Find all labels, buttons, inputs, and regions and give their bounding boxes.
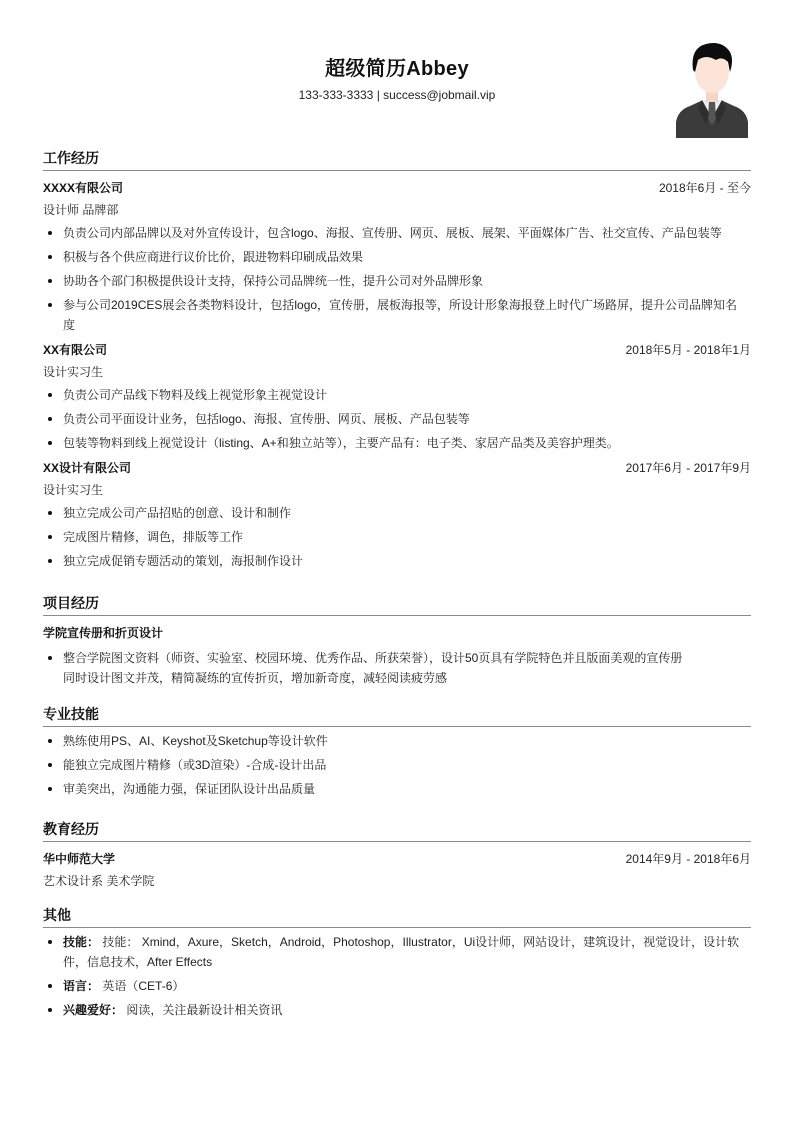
date-range: 2018年5月 - 2018年1月 [626, 339, 751, 361]
item-value: 英语（CET-6） [102, 979, 184, 993]
role: 设计实习生 [43, 361, 751, 383]
project-entry: 学院宣传册和折页设计 整合学院图文资料（师资、实验室、校园环境、优秀作品、所获荣… [43, 622, 751, 688]
work-entry: XX有限公司 2018年5月 - 2018年1月 设计实习生 负责公司产品线下物… [43, 339, 751, 453]
company-name: XX设计有限公司 [43, 461, 131, 475]
item-label: 兴趣爱好： [63, 1003, 123, 1017]
bullet-item: 能独立完成图片精修（或3D渲染）-合成-设计出品 [43, 755, 751, 775]
date-range: 2018年6月 - 至今 [659, 177, 751, 199]
resume-header: 超级简历Abbey 133-333-3333 | success@jobmail… [43, 0, 751, 145]
bullet-item: 完成图片精修，调色，排版等工作 [43, 527, 751, 547]
bullet-item: 整合学院图文资料（师资、实验室、校园环境、优秀作品、所获荣誉），设计50页具有学… [43, 648, 751, 688]
bullet-item: 参与公司2019CES展会各类物料设计，包括logo，宣传册，展板海报等，所设计… [43, 295, 751, 335]
item-value: 技能： Xmind，Axure，Sketch，Android，Photoshop… [63, 935, 739, 969]
education-entry: 华中师范大学 2014年9月 - 2018年6月 艺术设计系 美术学院 [43, 848, 751, 892]
bullet-item: 独立完成公司产品招贴的创意、设计和制作 [43, 503, 751, 523]
role: 设计师 品牌部 [43, 199, 751, 221]
work-entry: XXXX有限公司 2018年6月 - 至今 设计师 品牌部 负责公司内部品牌以及… [43, 177, 751, 335]
section-title: 其他 [43, 905, 751, 928]
date-range: 2014年9月 - 2018年6月 [626, 848, 751, 870]
other-item-hobbies: 兴趣爱好： 阅读，关注最新设计相关资讯 [43, 1000, 751, 1020]
project-name: 学院宣传册和折页设计 [43, 626, 163, 640]
company-name: XXXX有限公司 [43, 181, 123, 195]
section-education: 教育经历 华中师范大学 2014年9月 - 2018年6月 艺术设计系 美术学院 [43, 819, 751, 892]
bullet-item: 负责公司产品线下物料及线上视觉形象主视觉设计 [43, 385, 751, 405]
bullet-item: 负责公司内部品牌以及对外宣传设计，包含logo、海报、宣传册、网页、展板、展架、… [43, 223, 751, 243]
section-title: 工作经历 [43, 148, 751, 171]
item-label: 技能： [63, 935, 99, 949]
role: 设计实习生 [43, 479, 751, 501]
section-title: 专业技能 [43, 704, 751, 727]
other-item-language: 语言： 英语（CET-6） [43, 976, 751, 996]
other-item-skills: 技能： 技能： Xmind，Axure，Sketch，Android，Photo… [43, 932, 751, 972]
section-projects: 项目经历 学院宣传册和折页设计 整合学院图文资料（师资、实验室、校园环境、优秀作… [43, 593, 751, 692]
bullet-item: 独立完成促销专题活动的策划，海报制作设计 [43, 551, 751, 571]
bullet-item: 积极与各个供应商进行议价比价，跟进物料印刷成品效果 [43, 247, 751, 267]
section-title: 项目经历 [43, 593, 751, 616]
school-name: 华中师范大学 [43, 852, 115, 866]
item-label: 语言： [63, 979, 99, 993]
section-title: 教育经历 [43, 819, 751, 842]
bullet-item: 审美突出，沟通能力强，保证团队设计出品质量 [43, 779, 751, 799]
candidate-name: 超级简历Abbey [43, 52, 751, 81]
section-other: 其他 技能： 技能： Xmind，Axure，Sketch，Android，Ph… [43, 905, 751, 1024]
male-avatar-suit-icon [676, 38, 748, 138]
bullet-item: 包装等物料到线上视觉设计（listing、A+和独立站等），主要产品有：电子类、… [43, 433, 751, 453]
section-work-experience: 工作经历 XXXX有限公司 2018年6月 - 至今 设计师 品牌部 负责公司内… [43, 148, 751, 575]
resume-page: 超级简历Abbey 133-333-3333 | success@jobmail… [43, 0, 751, 145]
major: 艺术设计系 美术学院 [43, 870, 751, 892]
contact-info: 133-333-3333 | success@jobmail.vip [43, 88, 751, 102]
section-skills: 专业技能 熟练使用PS、AI、Keyshot及Sketchup等设计软件 能独立… [43, 704, 751, 803]
bullet-item: 协助各个部门积极提供设计支持，保持公司品牌统一性，提升公司对外品牌形象 [43, 271, 751, 291]
work-entry: XX设计有限公司 2017年6月 - 2017年9月 设计实习生 独立完成公司产… [43, 457, 751, 571]
item-value: 阅读，关注最新设计相关资讯 [126, 1003, 282, 1017]
bullet-item: 负责公司平面设计业务，包括logo、海报、宣传册、网页、展板、产品包装等 [43, 409, 751, 429]
company-name: XX有限公司 [43, 343, 107, 357]
bullet-item: 熟练使用PS、AI、Keyshot及Sketchup等设计软件 [43, 731, 751, 751]
date-range: 2017年6月 - 2017年9月 [626, 457, 751, 479]
